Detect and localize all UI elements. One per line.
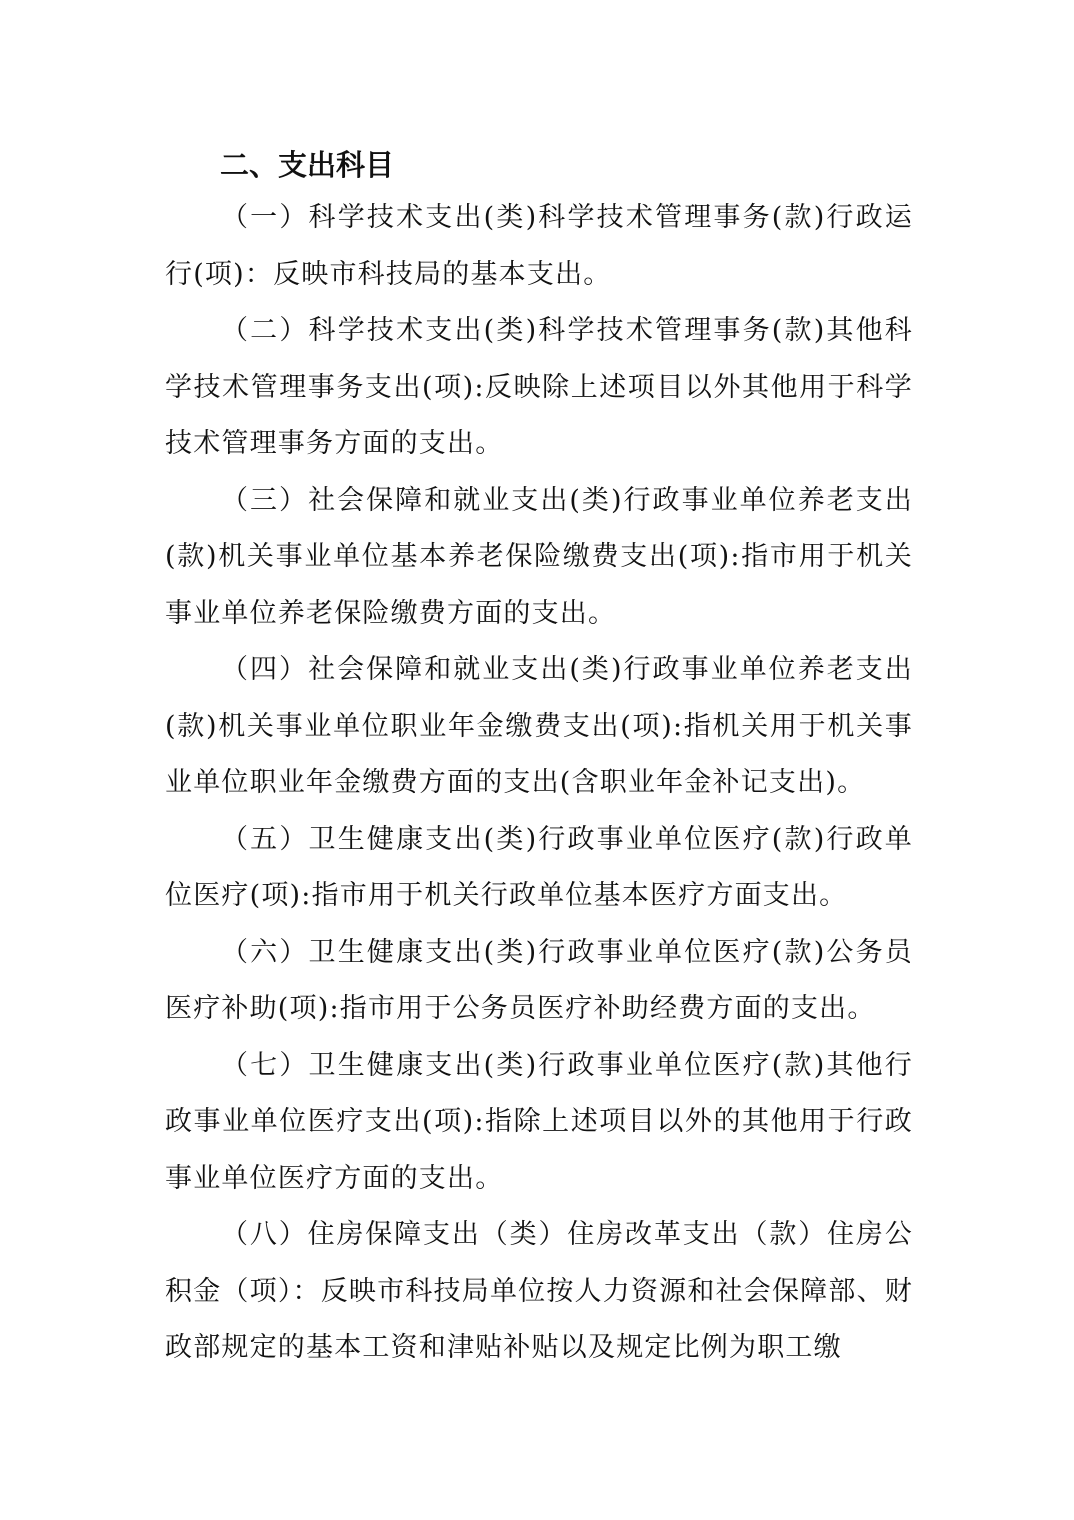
paragraph-2: （二）科学技术支出(类)科学技术管理事务(款)其他科学技术管理事务支出(项):反… (165, 303, 913, 473)
paragraph-1: （一）科学技术支出(类)科学技术管理事务(款)行政运行(项)：反映市科技局的基本… (165, 190, 913, 303)
paragraph-6: （六）卫生健康支出(类)行政事业单位医疗(款)公务员医疗补助(项):指市用于公务… (165, 925, 913, 1038)
paragraph-4: （四）社会保障和就业支出(类)行政事业单位养老支出(款)机关事业单位职业年金缴费… (165, 642, 913, 812)
paragraph-8: （八）住房保障支出（类）住房改革支出（款）住房公积金（项）：反映市科技局单位按人… (165, 1207, 913, 1377)
paragraph-7: （七）卫生健康支出(类)行政事业单位医疗(款)其他行政事业单位医疗支出(项):指… (165, 1038, 913, 1208)
paragraph-5: （五）卫生健康支出(类)行政事业单位医疗(款)行政单位医疗(项):指市用于机关行… (165, 812, 913, 925)
section-heading: 二、支出科目 (220, 140, 913, 190)
paragraph-3: （三）社会保障和就业支出(类)行政事业单位养老支出(款)机关事业单位基本养老保险… (165, 473, 913, 643)
document-page: 二、支出科目 （一）科学技术支出(类)科学技术管理事务(款)行政运行(项)：反映… (165, 140, 913, 1377)
